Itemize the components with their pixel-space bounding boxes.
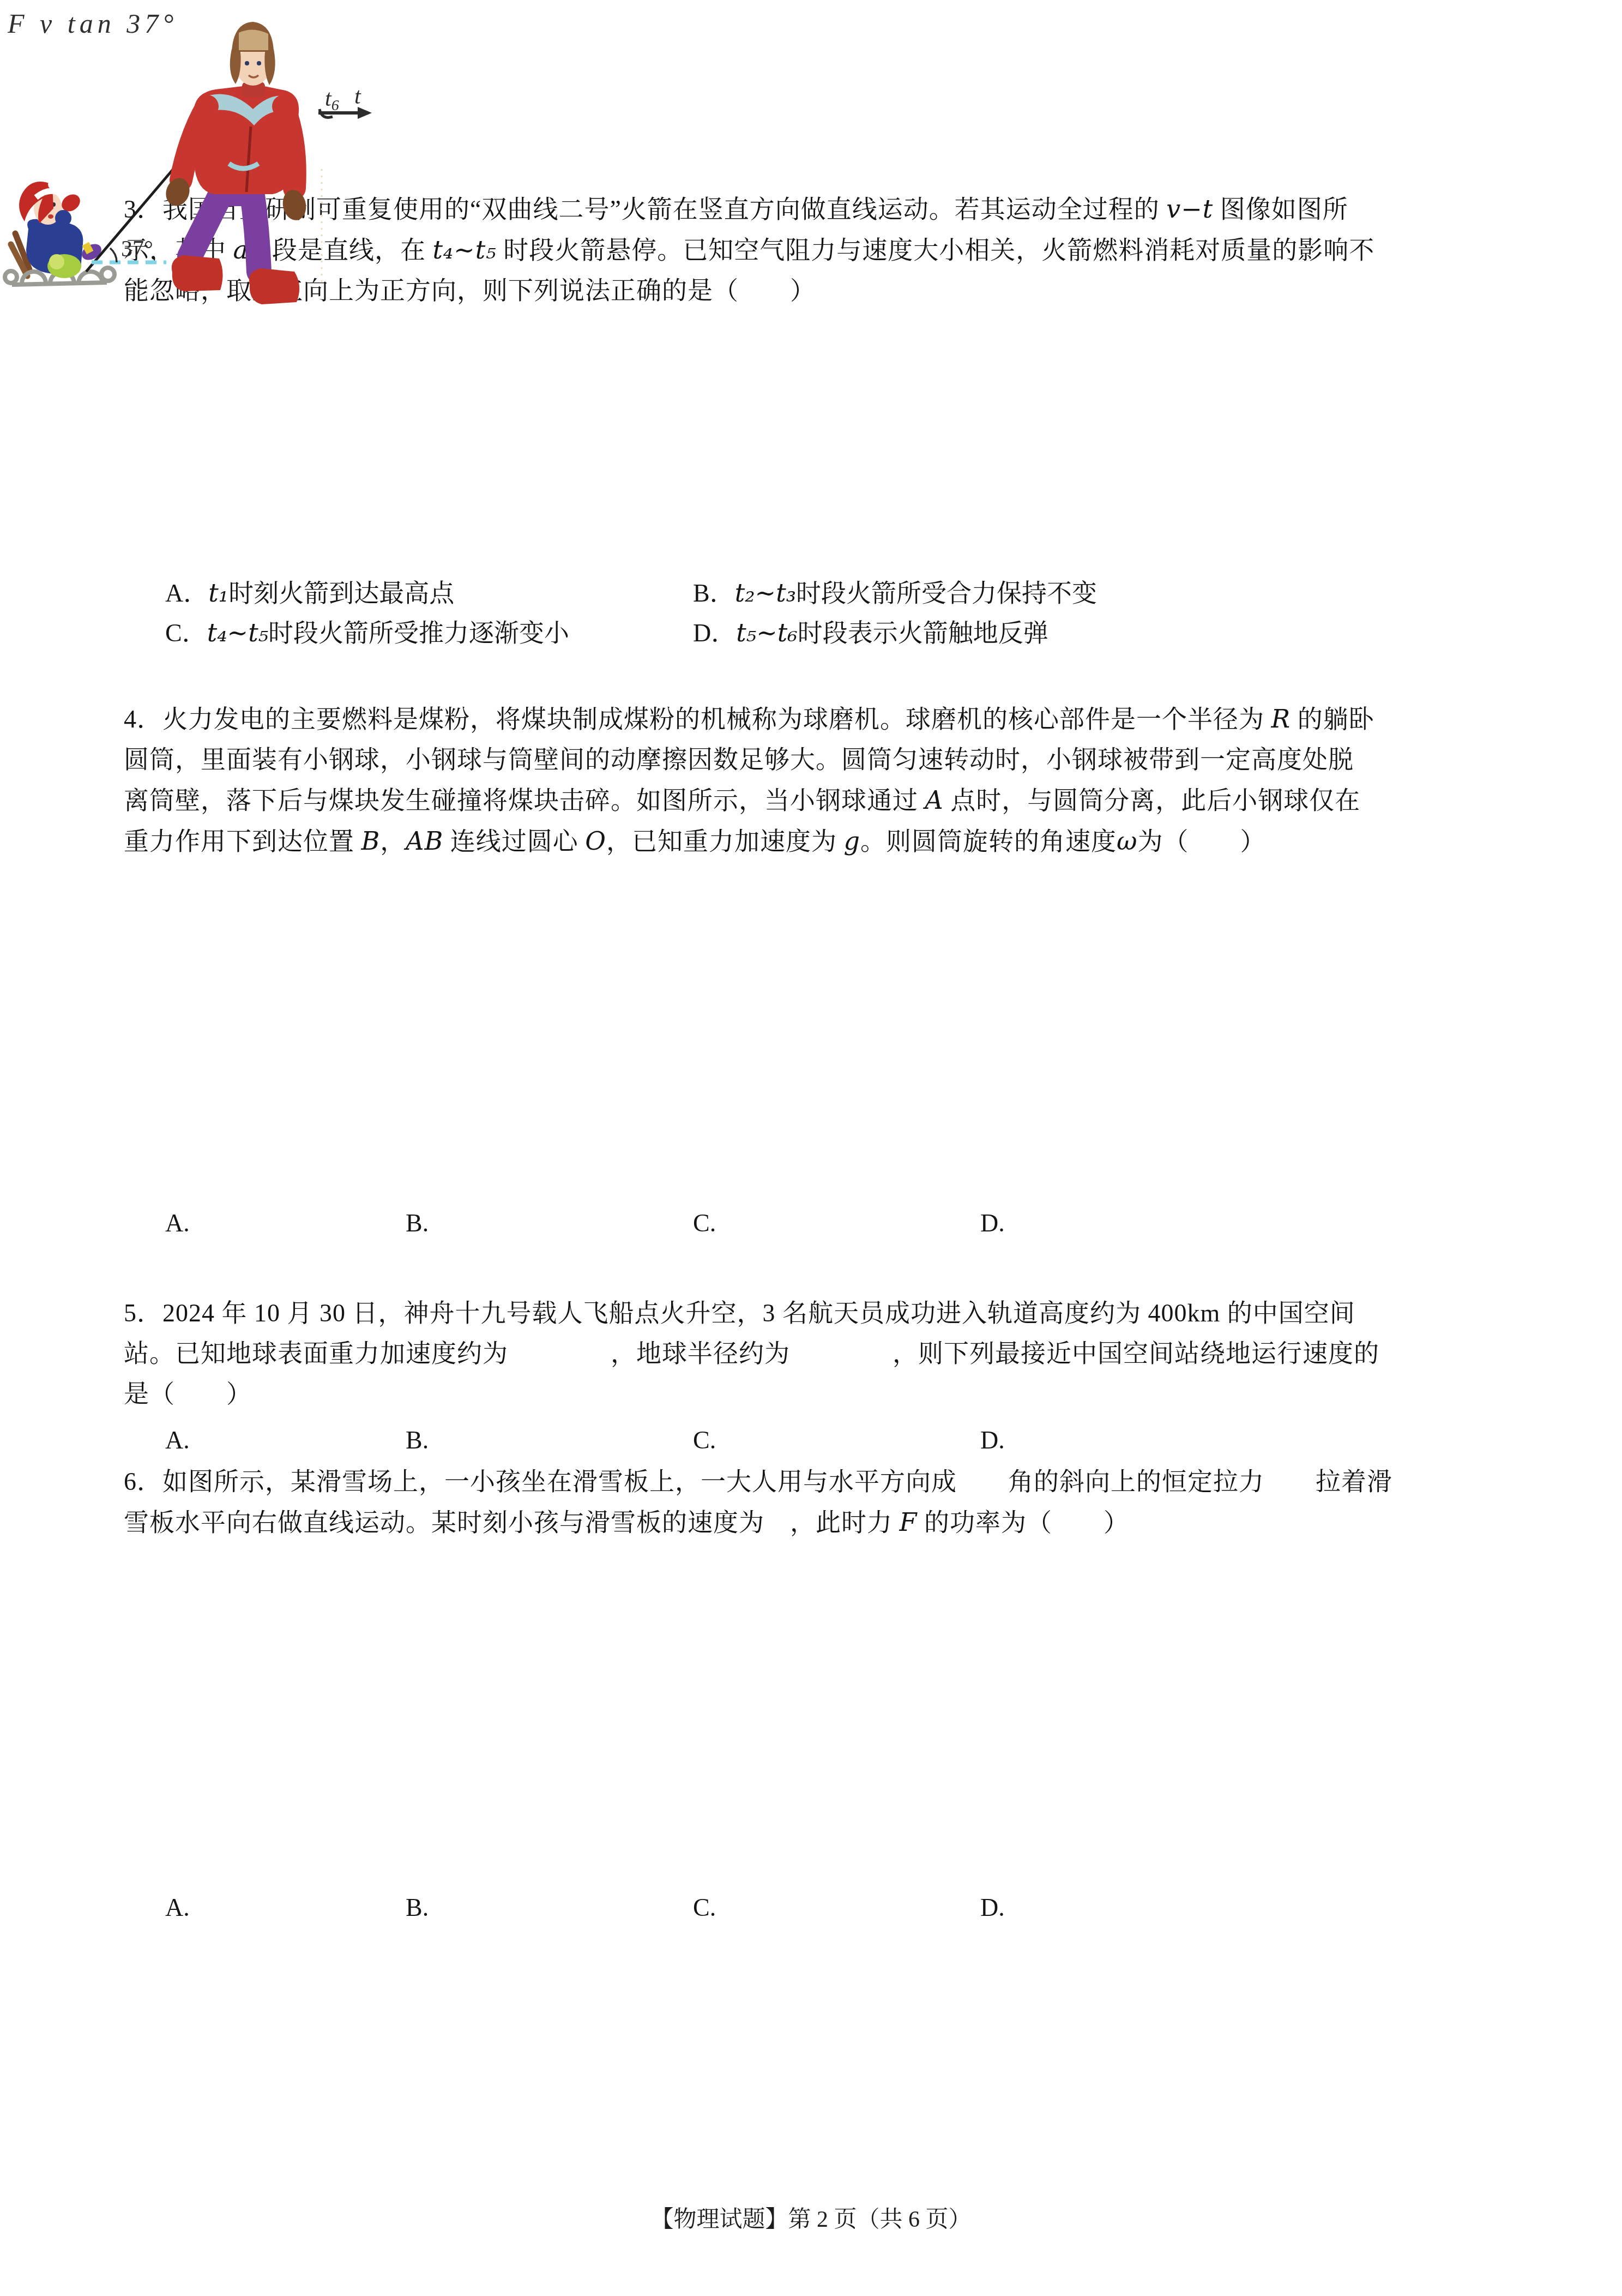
question-3-option-c: C．t₄~t₅时段火箭所受推力逐渐变小 (165, 614, 569, 652)
adult-eye-left (245, 61, 249, 65)
question-5-option-c: C. (693, 1422, 716, 1459)
adult-eye-right (257, 61, 261, 65)
question-6-text: 6．如图所示，某滑雪场上，一小孩坐在滑雪板上，一大人用与水平方向成 角的斜向上的… (124, 1462, 1552, 1543)
adult-boot-right (249, 268, 299, 304)
child-mitten-blue (55, 210, 71, 226)
question-4-option-c: C. (693, 1205, 716, 1242)
adult-boot-left (172, 255, 223, 291)
question-4-text: 4．火力发电的主要燃料是煤粉，将煤块制成煤粉的机械称为球磨机。球磨机的核心部件是… (124, 699, 1552, 862)
adult-figure (162, 22, 309, 304)
t-axis-label: t (354, 84, 361, 109)
question-3-option-b: B．t₂~t₃时段火箭所受合力保持不变 (693, 574, 1097, 612)
angle-label: 37° (121, 237, 153, 262)
child-blanket-highlight (49, 254, 64, 269)
question-5-text: 5．2024 年 10 月 30 日，神舟十九号载人飞船点火升空，3 名航天员成… (124, 1293, 1552, 1414)
question-4-option-a: A. (165, 1205, 190, 1242)
page-footer: 【物理试题】第 2 页（共 6 页） (0, 2201, 1622, 2234)
question-3-option-a: A．t₁时刻火箭到达最高点 (165, 574, 454, 612)
question-6-option-c: C. (693, 1889, 716, 1926)
angle-arc (110, 248, 117, 262)
exam-page: F v tan 37° t6 t (0, 0, 1622, 2296)
question-3-option-d: D．t₅~t₆时段表示火箭触地反弹 (693, 614, 1048, 652)
question-4-option-b: B. (406, 1205, 429, 1242)
question-5-option-a: A. (165, 1422, 190, 1459)
child-on-sled (5, 179, 114, 285)
child-mouth (48, 214, 53, 219)
t6-label: t6 (325, 86, 339, 114)
question-4-option-d: D. (980, 1205, 1005, 1242)
stray-formula-fragment: F v tan 37° (8, 8, 178, 39)
question-6-option-a: A. (165, 1889, 190, 1926)
question-6-option-d: D. (980, 1889, 1005, 1926)
sled-illustration: t6 t (0, 0, 382, 311)
adult-face (236, 47, 270, 86)
adult-hat-flap-left (230, 49, 241, 84)
question-5-option-d: D. (980, 1422, 1005, 1459)
child-hat-pom (48, 179, 59, 190)
vt-axis-fragment: t6 t (318, 84, 372, 285)
question-6-option-b: B. (406, 1889, 429, 1926)
adult-hat-panel (239, 29, 268, 50)
adult-arm-right (284, 106, 295, 188)
question-5-option-b: B. (406, 1422, 429, 1459)
adult-hat-flap-right (264, 49, 275, 85)
